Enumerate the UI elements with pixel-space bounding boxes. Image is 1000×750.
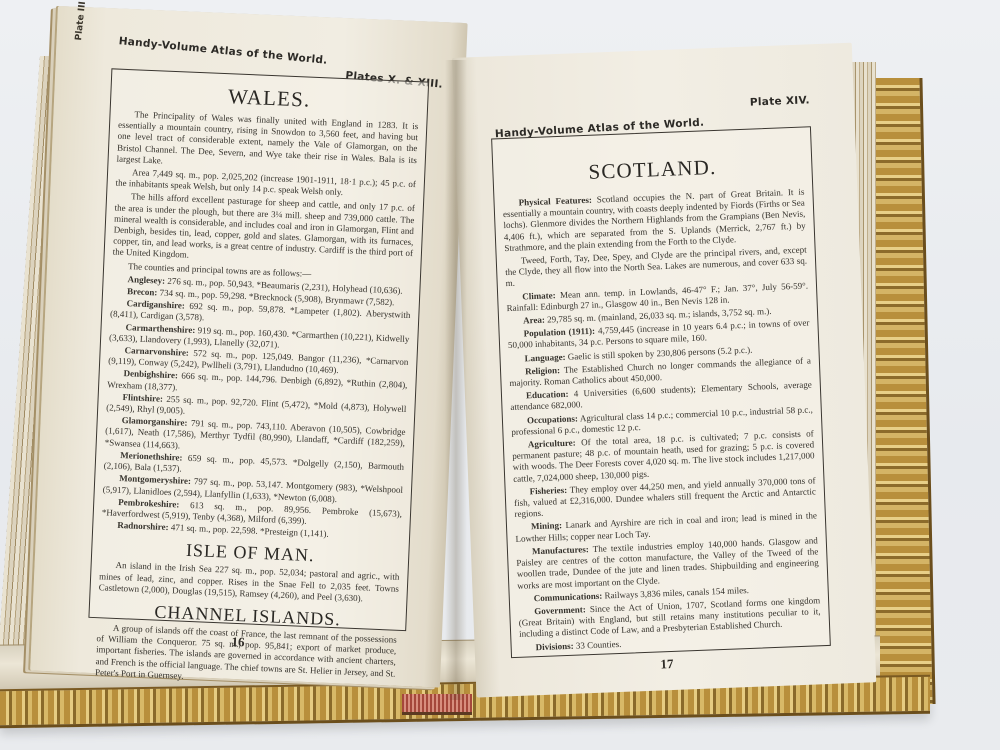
wales-text-frame: WALES. The Principality of Wales was fin… [88, 68, 429, 631]
wales-intro-3: The hills afford excellent pasturage for… [112, 191, 415, 271]
wales-intro-1: The Principality of Wales was finally un… [116, 109, 418, 178]
right-page-number: 17 [660, 656, 674, 672]
photo-scene: George Philip & Son, Ltd. For Descriptiv… [0, 0, 1000, 750]
left-running-head: Handy-Volume Atlas of the World. [118, 35, 328, 67]
section-physical: Physical Features: Scotland occupies the… [502, 187, 806, 255]
book-gutter [445, 60, 467, 700]
left-page-number: 16 [231, 634, 245, 651]
scotland-title: SCOTLAND. [501, 152, 804, 189]
right-page: Handy-Volume Atlas of the World. Plate X… [452, 43, 876, 698]
county-list: Anglesey: 276 sq. m., pop. 50,943. *Beau… [101, 273, 412, 543]
left-page: Handy-Volume Atlas of the World. Plates … [30, 6, 467, 688]
scotland-text-frame: SCOTLAND. Physical Features: Scotland oc… [491, 126, 831, 658]
right-plate-label: Plate XIV. [750, 94, 810, 108]
